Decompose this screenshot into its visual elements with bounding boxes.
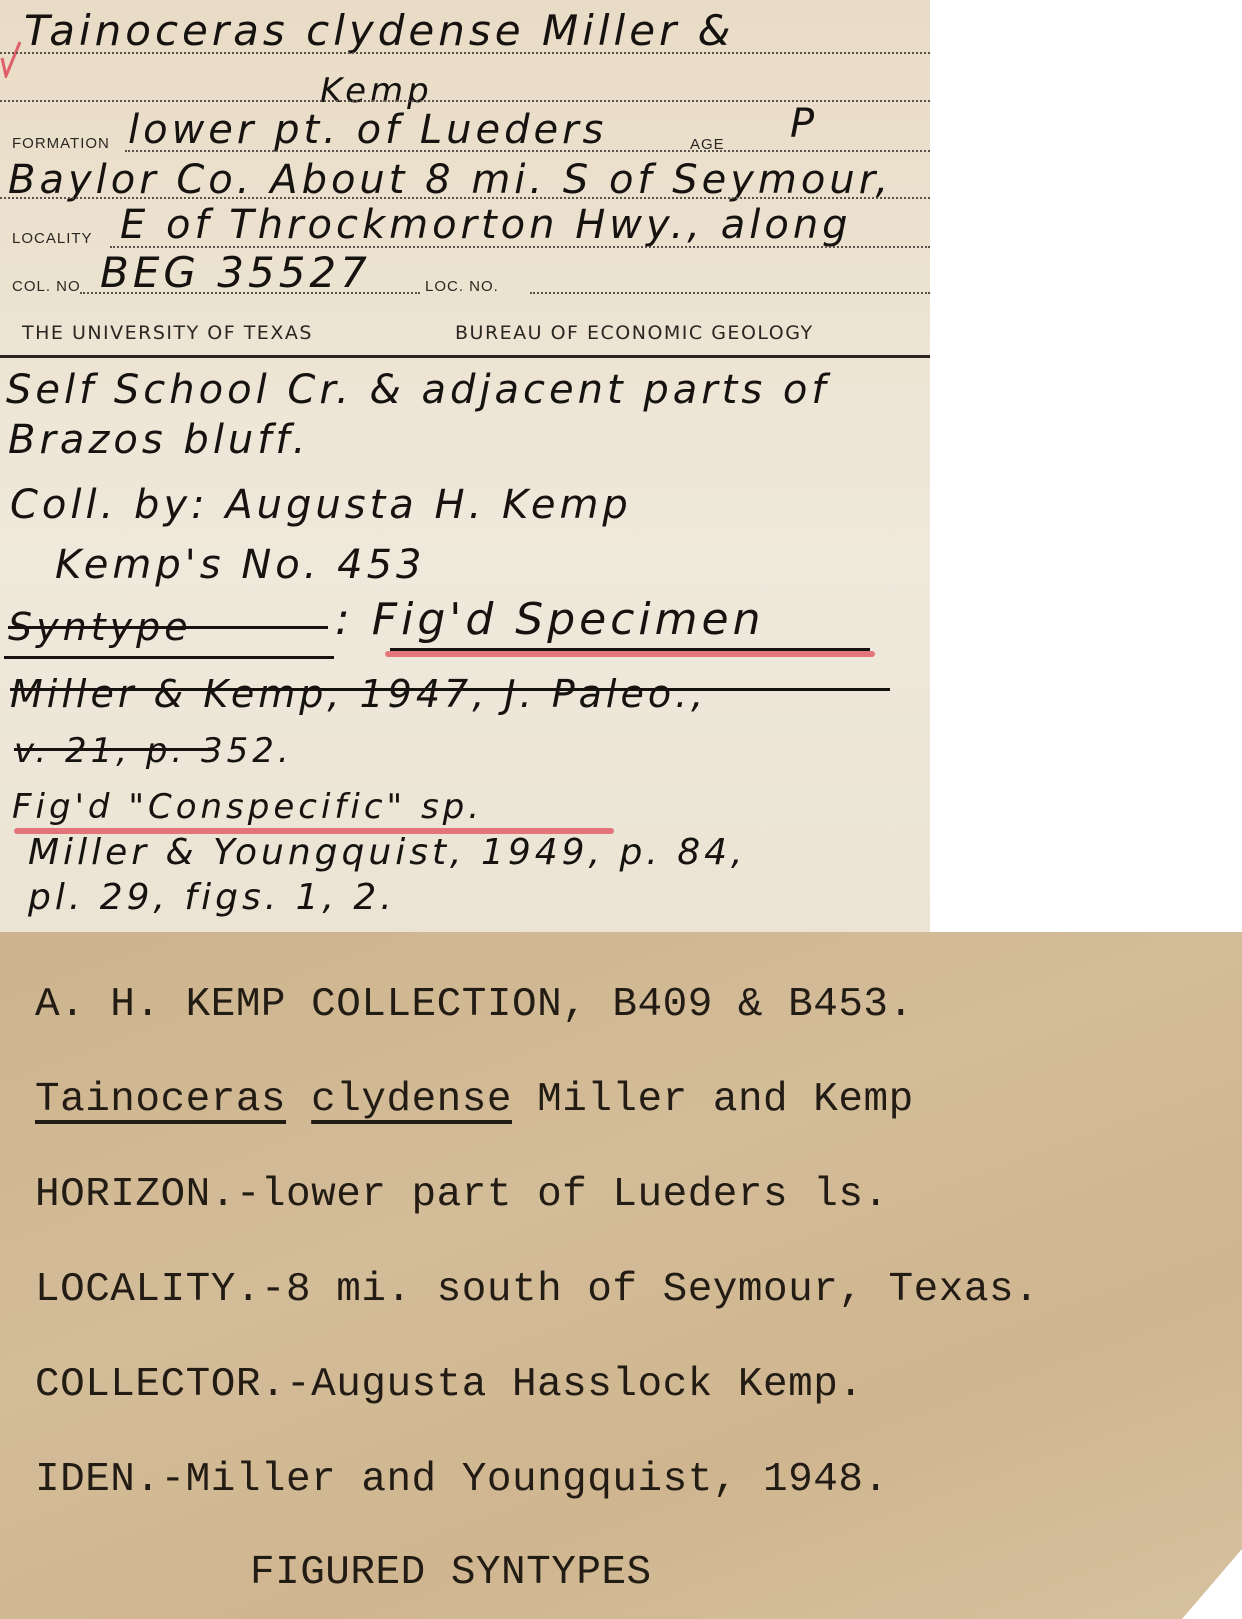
locality-continued-line2: Brazos bluff.: [8, 420, 309, 460]
dotted-rule: [0, 197, 930, 199]
red-pencil-underline: [385, 651, 875, 657]
collector-line: Coll. by: Augusta H. Kemp: [10, 485, 632, 525]
red-check-mark-icon: [0, 38, 22, 78]
collector-line: COLLECTOR.-Augusta Hasslock Kemp.: [35, 1362, 863, 1408]
conspecific-note: Fig'd "Conspecific" sp.: [12, 790, 483, 824]
dotted-rule: [0, 52, 930, 54]
species-name-line2: Kemp: [320, 74, 433, 108]
locality-label: LOCALITY: [12, 230, 93, 247]
collection-header: A. H. KEMP COLLECTION, B409 & B453.: [35, 982, 914, 1028]
university-name: THE UNIVERSITY OF TEXAS: [22, 322, 313, 344]
bureau-name: BUREAU OF ECONOMIC GEOLOGY: [455, 322, 814, 344]
dotted-rule: [80, 292, 420, 294]
col-no-value: BEG 35527: [100, 252, 371, 294]
citation-1-line1: Miller & Kemp, 1947, J. Paleo.,: [10, 675, 707, 713]
specimen-catalog-card: Tainoceras clydense Miller & Kemp FORMAT…: [0, 0, 930, 932]
typed-collection-slip: A. H. KEMP COLLECTION, B409 & B453. Tain…: [0, 932, 1242, 1619]
card-divider: [0, 355, 930, 358]
underline: [4, 656, 334, 659]
age-value: P: [790, 104, 818, 144]
citation-1-line2: v. 21, p. 352.: [14, 734, 293, 768]
loc-no-label: LOC. NO.: [425, 278, 499, 295]
locality-continued-line1: Self School Cr. & adjacent parts of: [6, 370, 829, 410]
strikethrough: [10, 688, 890, 691]
strikethrough: [8, 626, 328, 629]
locality-line1: Baylor Co. About 8 mi. S of Seymour,: [8, 160, 892, 200]
kemp-number: Kemp's No. 453: [55, 545, 426, 585]
torn-corner: [1182, 1549, 1242, 1619]
figured-specimen-note: : Fig'd Specimen: [335, 598, 764, 642]
citation-2-line2: pl. 29, figs. 1, 2.: [28, 880, 396, 916]
authors: Miller and Kemp: [537, 1077, 914, 1123]
dotted-rule: [125, 150, 930, 152]
col-no-label: COL. NO: [12, 278, 81, 295]
identification-line: IDEN.-Miller and Youngquist, 1948.: [35, 1457, 889, 1503]
species-name-line1: Tainoceras clydense Miller &: [24, 10, 734, 52]
figured-syntypes-label: FIGURED SYNTYPES: [250, 1550, 652, 1596]
dotted-rule: [530, 292, 930, 294]
horizon-line: HORIZON.-lower part of Lueders ls.: [35, 1172, 889, 1218]
formation-value: lower pt. of Lueders: [128, 110, 607, 150]
formation-label: FORMATION: [12, 135, 110, 152]
locality-line2: E of Throckmorton Hwy., along: [120, 205, 852, 245]
species-name: clydense: [311, 1077, 512, 1123]
strikethrough: [14, 748, 214, 751]
genus-name: Tainoceras: [35, 1077, 286, 1123]
locality-line: LOCALITY.-8 mi. south of Seymour, Texas.: [35, 1267, 1039, 1313]
citation-2-line1: Miller & Youngquist, 1949, p. 84,: [28, 835, 746, 871]
species-line: Tainoceras clydense Miller and Kemp: [35, 1077, 914, 1123]
